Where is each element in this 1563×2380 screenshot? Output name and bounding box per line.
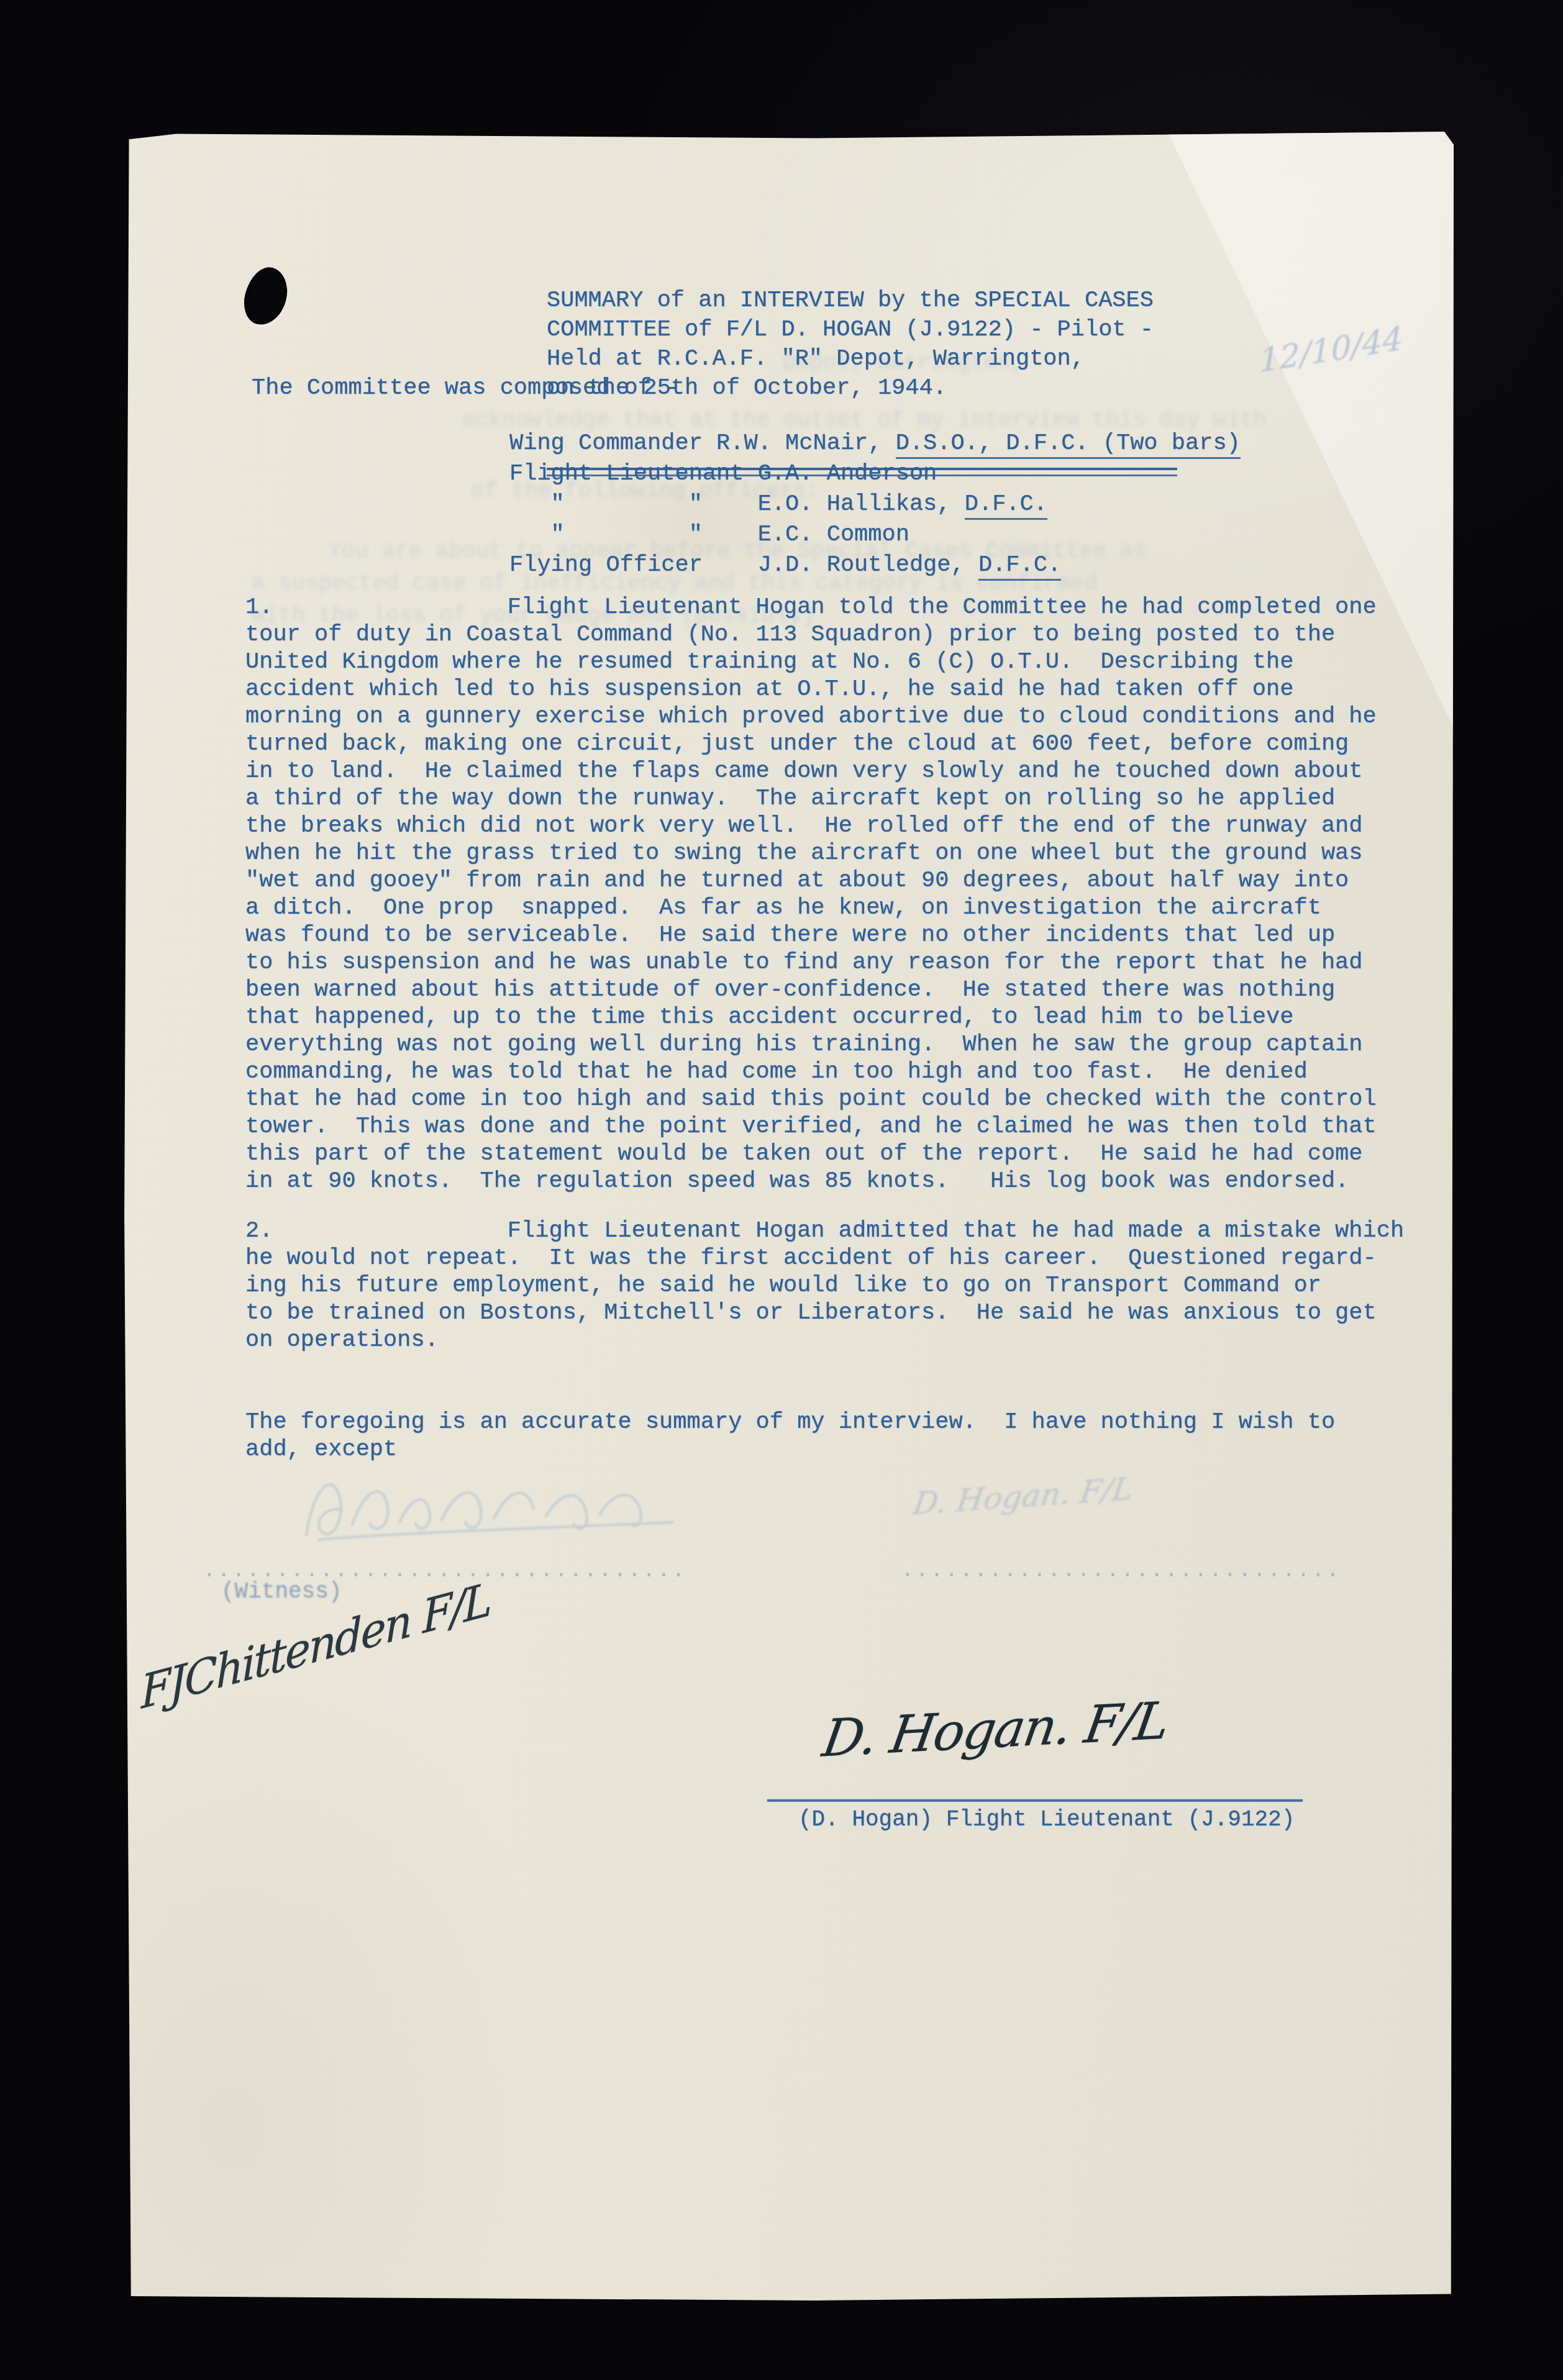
paragraph-2: 2. Flight Lieutenant Hogan admitted that… <box>245 1217 1404 1354</box>
paragraph-1: 1. Flight Lieutenant Hogan told the Comm… <box>245 594 1377 1195</box>
committee-member-row: Wing Commander R.W. McNair, D.S.O., D.F.… <box>509 429 1241 459</box>
committee-list: Wing Commander R.W. McNair, D.S.O., D.F.… <box>509 429 1241 581</box>
member-honors: D.S.O., D.F.C. (Two bars) <box>896 430 1241 459</box>
committee-member-row: " " E.O. Hallikas, D.F.C. <box>509 489 1241 520</box>
witness-label: (Witness) <box>221 1579 342 1604</box>
hogan-dotted-line: .............................. <box>901 1558 1341 1583</box>
committee-member-row: Flight Lieutenant G.A. Anderson <box>509 459 1241 489</box>
hogan-handwritten-signature: D. Hogan. F/L <box>819 1691 1173 1769</box>
member-rank-name: Flying Officer J.D. Routledge, <box>509 552 978 578</box>
hogan-signature-ghost: D. Hogan. F/L <box>911 1470 1136 1522</box>
scan-background: 12/10/44 Depot, Warrington, acknowledge … <box>0 0 1563 2380</box>
committee-intro: The Committee was composed of - <box>252 375 679 401</box>
member-rank-name: Wing Commander R.W. McNair, <box>509 430 896 456</box>
member-honors: D.F.C. <box>965 491 1047 520</box>
witness-signature-ghost <box>300 1458 685 1563</box>
committee-member-row: Flying Officer J.D. Routledge, D.F.C. <box>509 550 1241 581</box>
signature-rule <box>767 1799 1303 1802</box>
member-rank-name: " " E.O. Hallikas, <box>509 491 965 517</box>
committee-member-row: " " E.C. Common <box>509 520 1241 550</box>
hogan-typed-signature-line: (D. Hogan) Flight Lieutenant (J.9122) <box>798 1807 1295 1832</box>
member-rank-name: Flight Lieutenant G.A. Anderson <box>509 461 937 487</box>
punch-hole <box>239 263 293 329</box>
bleedthrough-date-note: 12/10/44 <box>1259 320 1403 380</box>
document-page: 12/10/44 Depot, Warrington, acknowledge … <box>123 132 1454 2301</box>
member-honors: D.F.C. <box>978 552 1061 581</box>
member-rank-name: " " E.C. Common <box>509 522 909 548</box>
closing-statement: The foregoing is an accurate summary of … <box>245 1409 1335 1463</box>
